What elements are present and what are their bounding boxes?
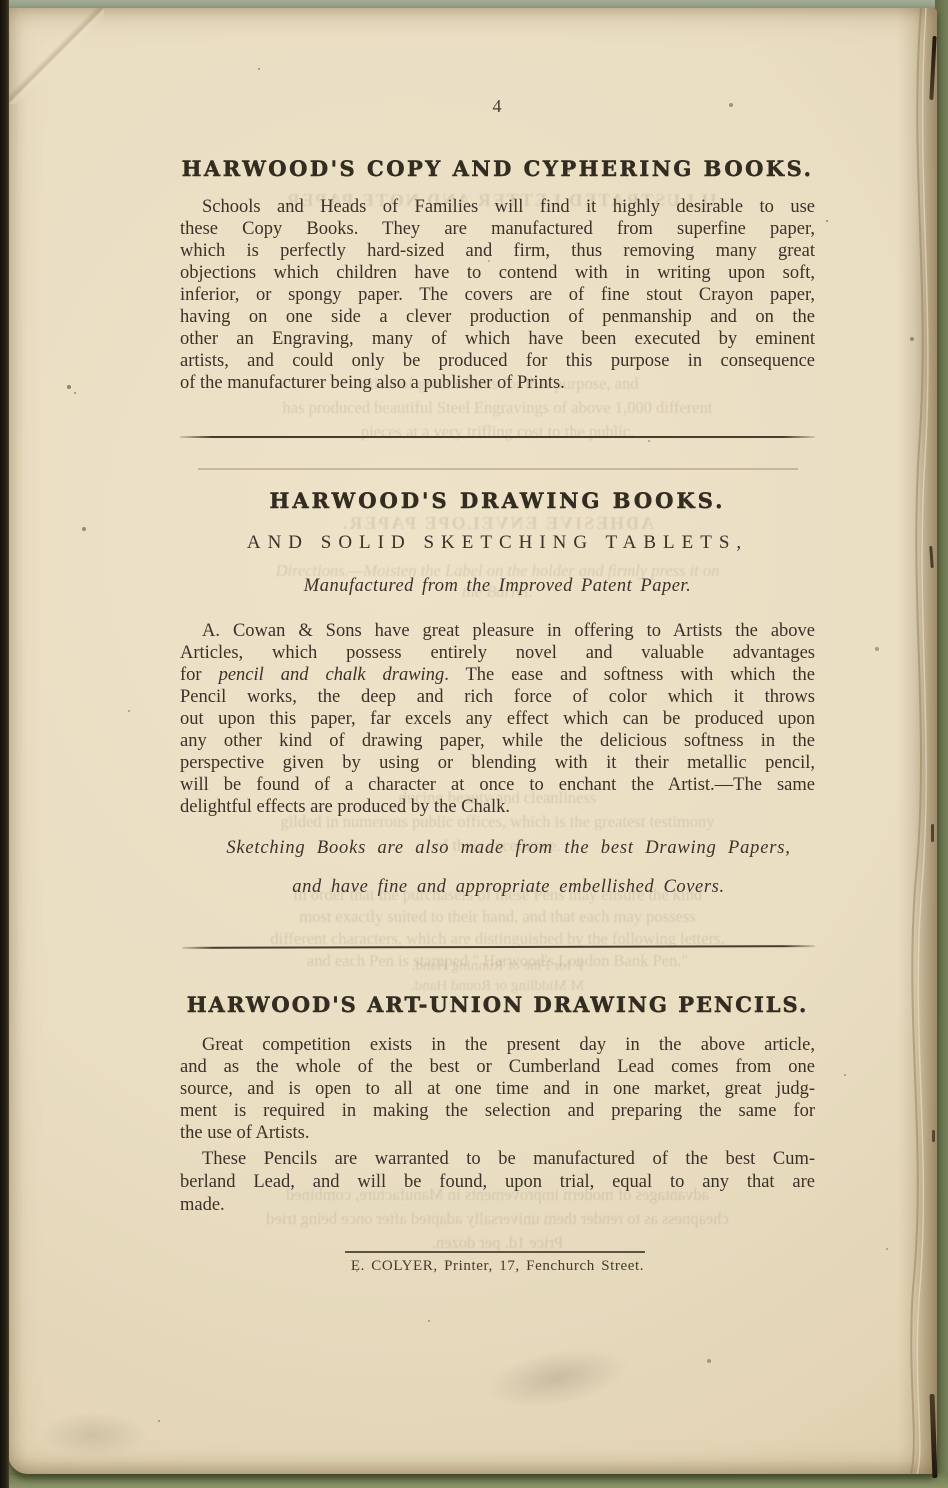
page-number: 4 [180,96,815,117]
page-edge-tear [932,1130,935,1142]
scanned-document: { "page": { "number": "4", "footer_impri… [0,0,948,1488]
note-sketching-books: Sketching Books are also made from the b… [180,838,815,859]
ghost-showthrough-text: F for Fine or Running Hand.M Middling or… [190,956,805,996]
subheading-sketching-tablets: AND SOLID SKETCHING TABLETS, [180,532,815,554]
paper-smudge [26,1400,176,1470]
section-heading-drawing-pencils: HARWOOD'S ART-UNION DRAWING PENCILS. [180,992,815,1017]
scanner-mat-left [0,0,9,1488]
page-corner-crease [8,8,104,104]
printer-imprint-rule [345,1251,645,1253]
paragraph-pencils-competition: Great competition exists in the present … [180,1034,815,1144]
ghost-showthrough-text: artists of great talents for that purpos… [190,372,805,444]
tagline-patent-paper: Manufactured from the Improved Patent Pa… [180,576,815,597]
ghost-showthrough-text: advantages of modern improvements in Man… [190,1183,805,1255]
printer-imprint: E. COLYER, Printer, 17, Fenchurch Street… [180,1258,815,1275]
divider-rule [180,436,815,438]
ghost-showthrough-rule [198,468,798,470]
section-heading-drawing-books: HARWOOD'S DRAWING BOOKS. [180,488,815,513]
page-crease-lines [885,8,937,1474]
book-page: ILLUSTRATED LETTER AND NOTE PAPER. 4 HAR… [8,8,937,1474]
scanner-mat-bottom [0,1473,948,1488]
section-heading-copy-books: HARWOOD'S COPY AND CYPHERING BOOKS. [180,156,815,181]
page-edge-tear [931,824,934,842]
ghost-showthrough-heading: ADHESIVE ENVELOPE PAPER. [190,513,805,534]
paragraph-copy-books: Schools and Heads of Families will find … [180,196,815,394]
page-content: ILLUSTRATED LETTER AND NOTE PAPER. 4 HAR… [180,8,815,1474]
